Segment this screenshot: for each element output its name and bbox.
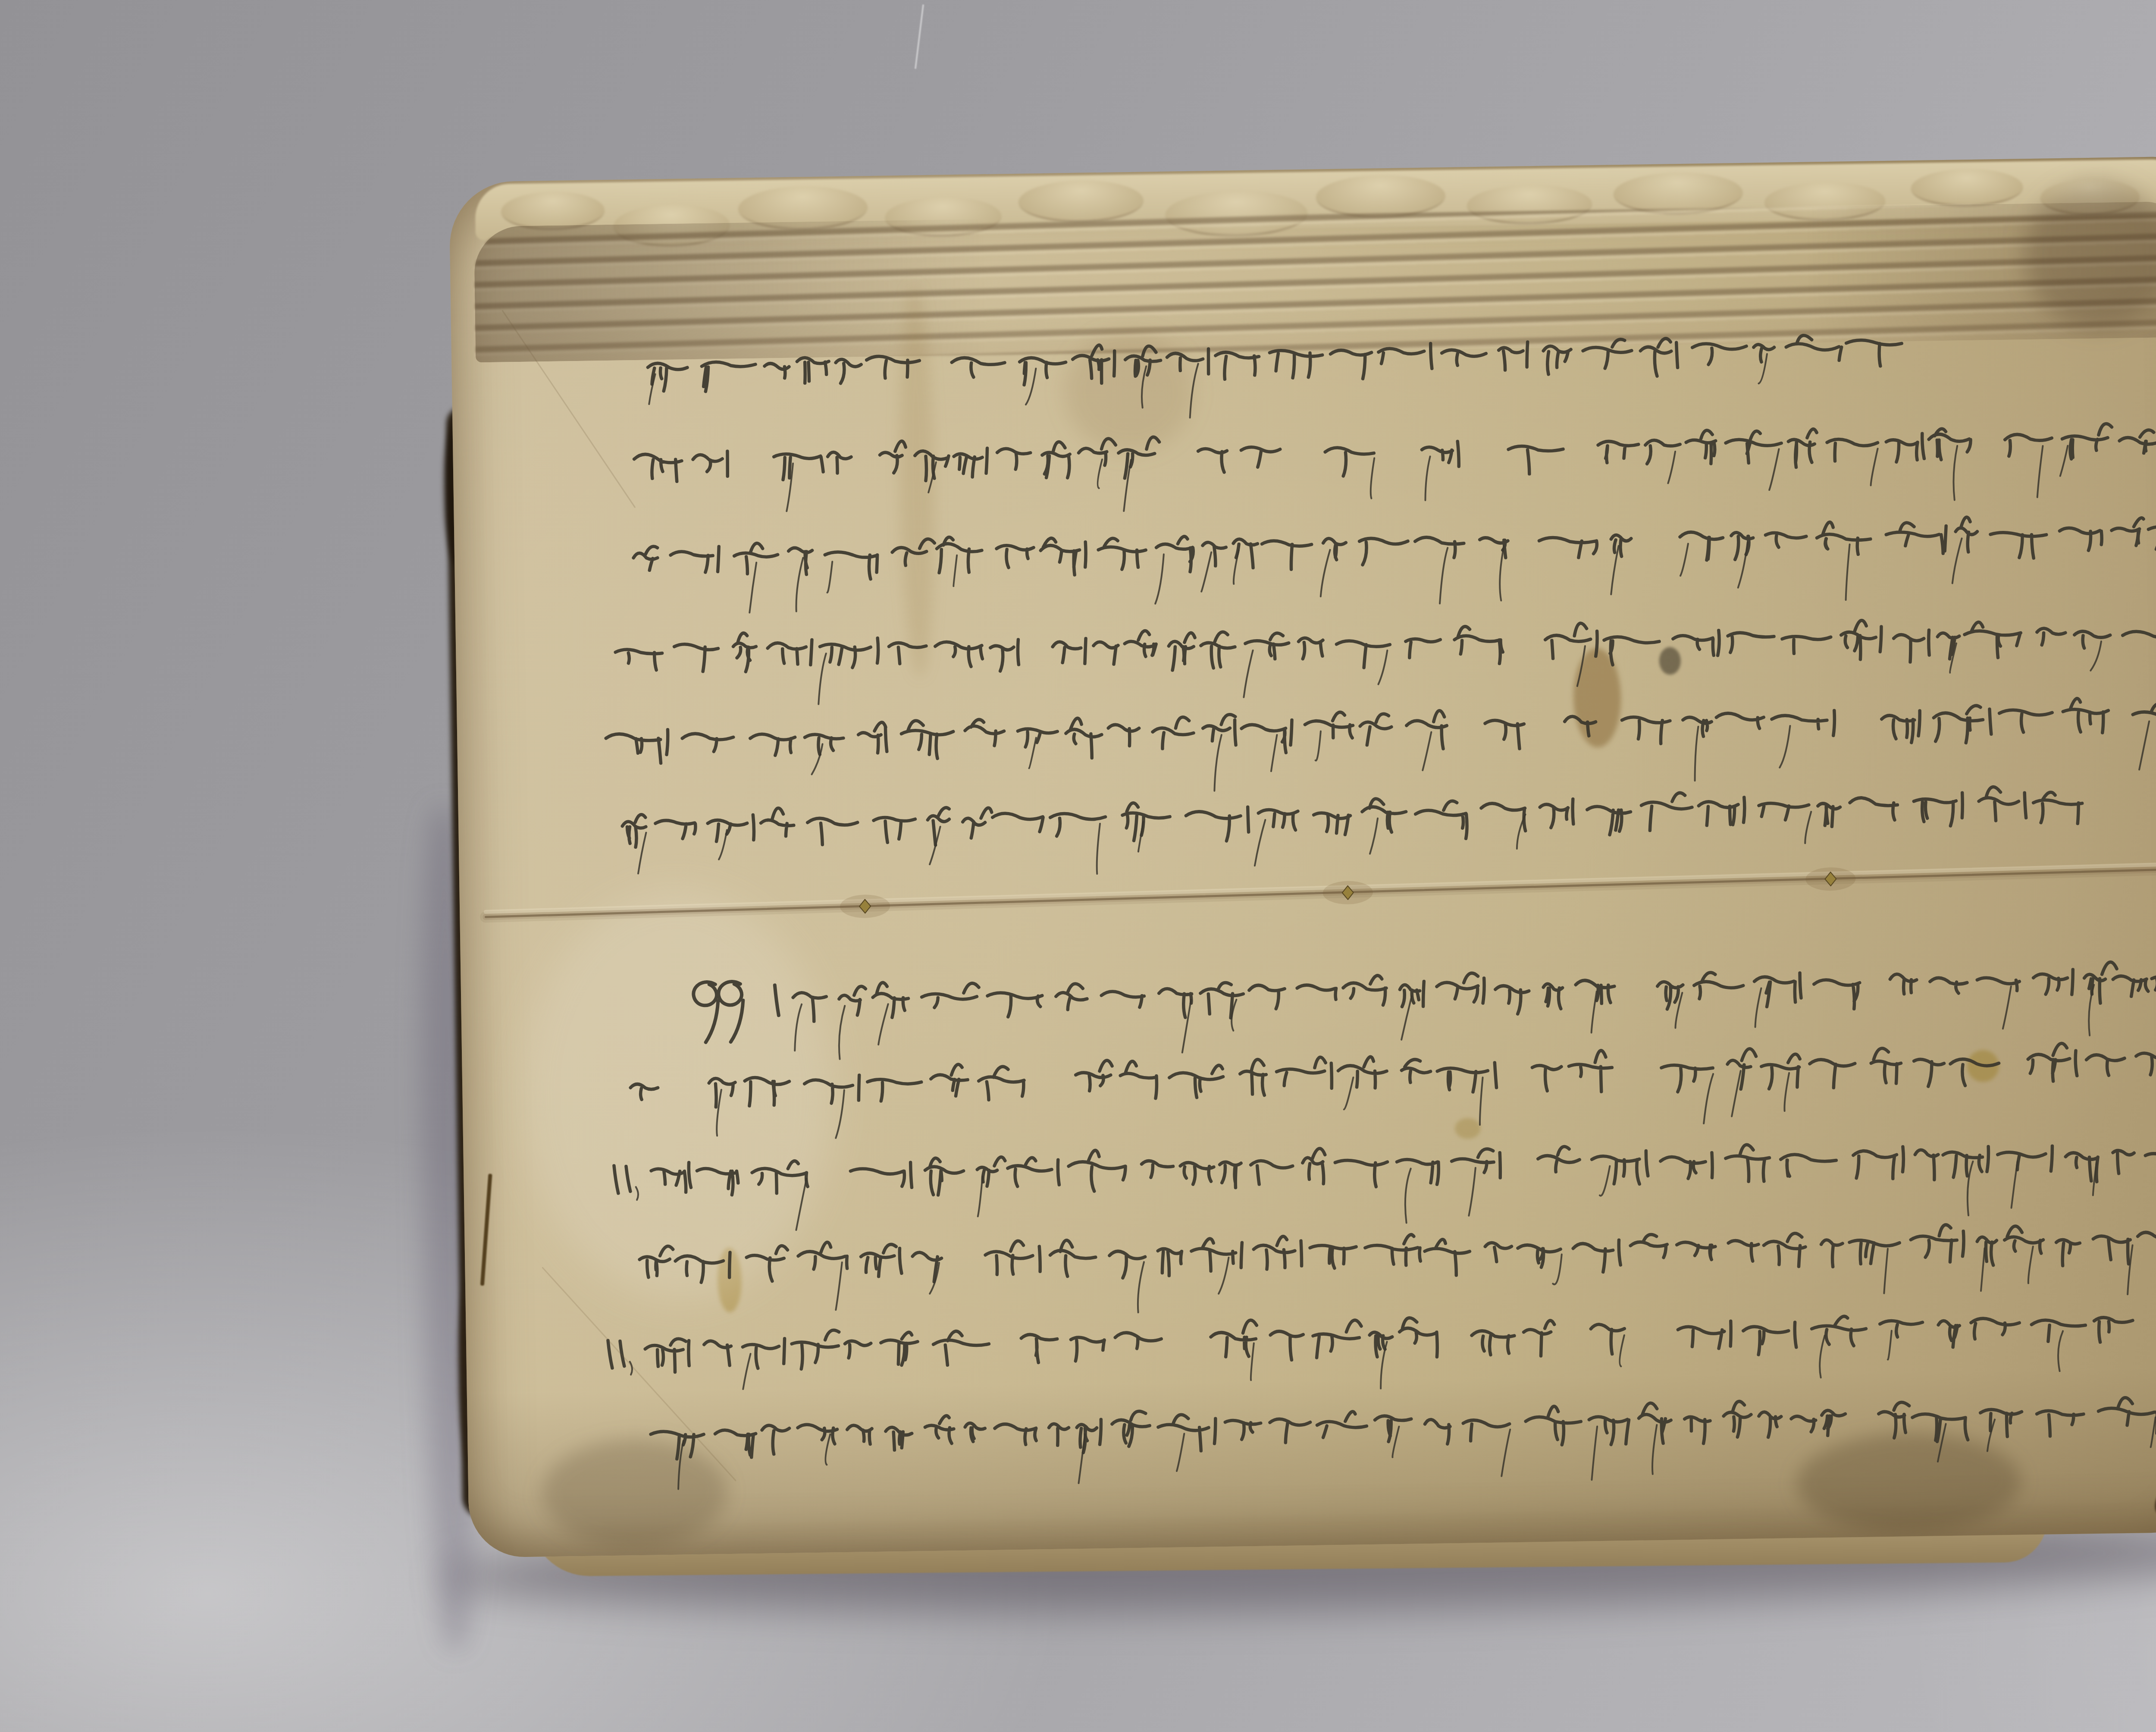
script-stroke [651, 1395, 2156, 1461]
script-stroke [639, 1221, 2156, 1287]
script-stroke [503, 309, 635, 509]
background-scratch [915, 4, 924, 69]
manuscript-book [449, 156, 2156, 1586]
script-stroke [486, 869, 2156, 917]
script-stroke [749, 538, 1962, 616]
script-stroke [633, 514, 2156, 583]
script-stroke [630, 1042, 2156, 1108]
script-stroke [485, 864, 2156, 912]
script-stroke [786, 444, 2068, 518]
script-stroke [608, 1307, 2133, 1373]
script-stroke [634, 422, 2156, 487]
script-stroke [811, 719, 2150, 797]
script-svg [449, 156, 2156, 1558]
manuscript-page [449, 156, 2156, 1558]
script-stroke [677, 1415, 2156, 1494]
script-stroke [793, 960, 2156, 1025]
script-stroke [648, 333, 1902, 392]
manuscript-photo [0, 0, 2156, 1732]
script-stroke [614, 1133, 2156, 1204]
script-stroke [606, 697, 2156, 765]
script-stroke [542, 1265, 735, 1483]
script-stroke [622, 786, 2083, 851]
script-stroke [835, 1243, 2134, 1317]
script-stroke [693, 981, 779, 1042]
script-stroke [615, 612, 2156, 681]
